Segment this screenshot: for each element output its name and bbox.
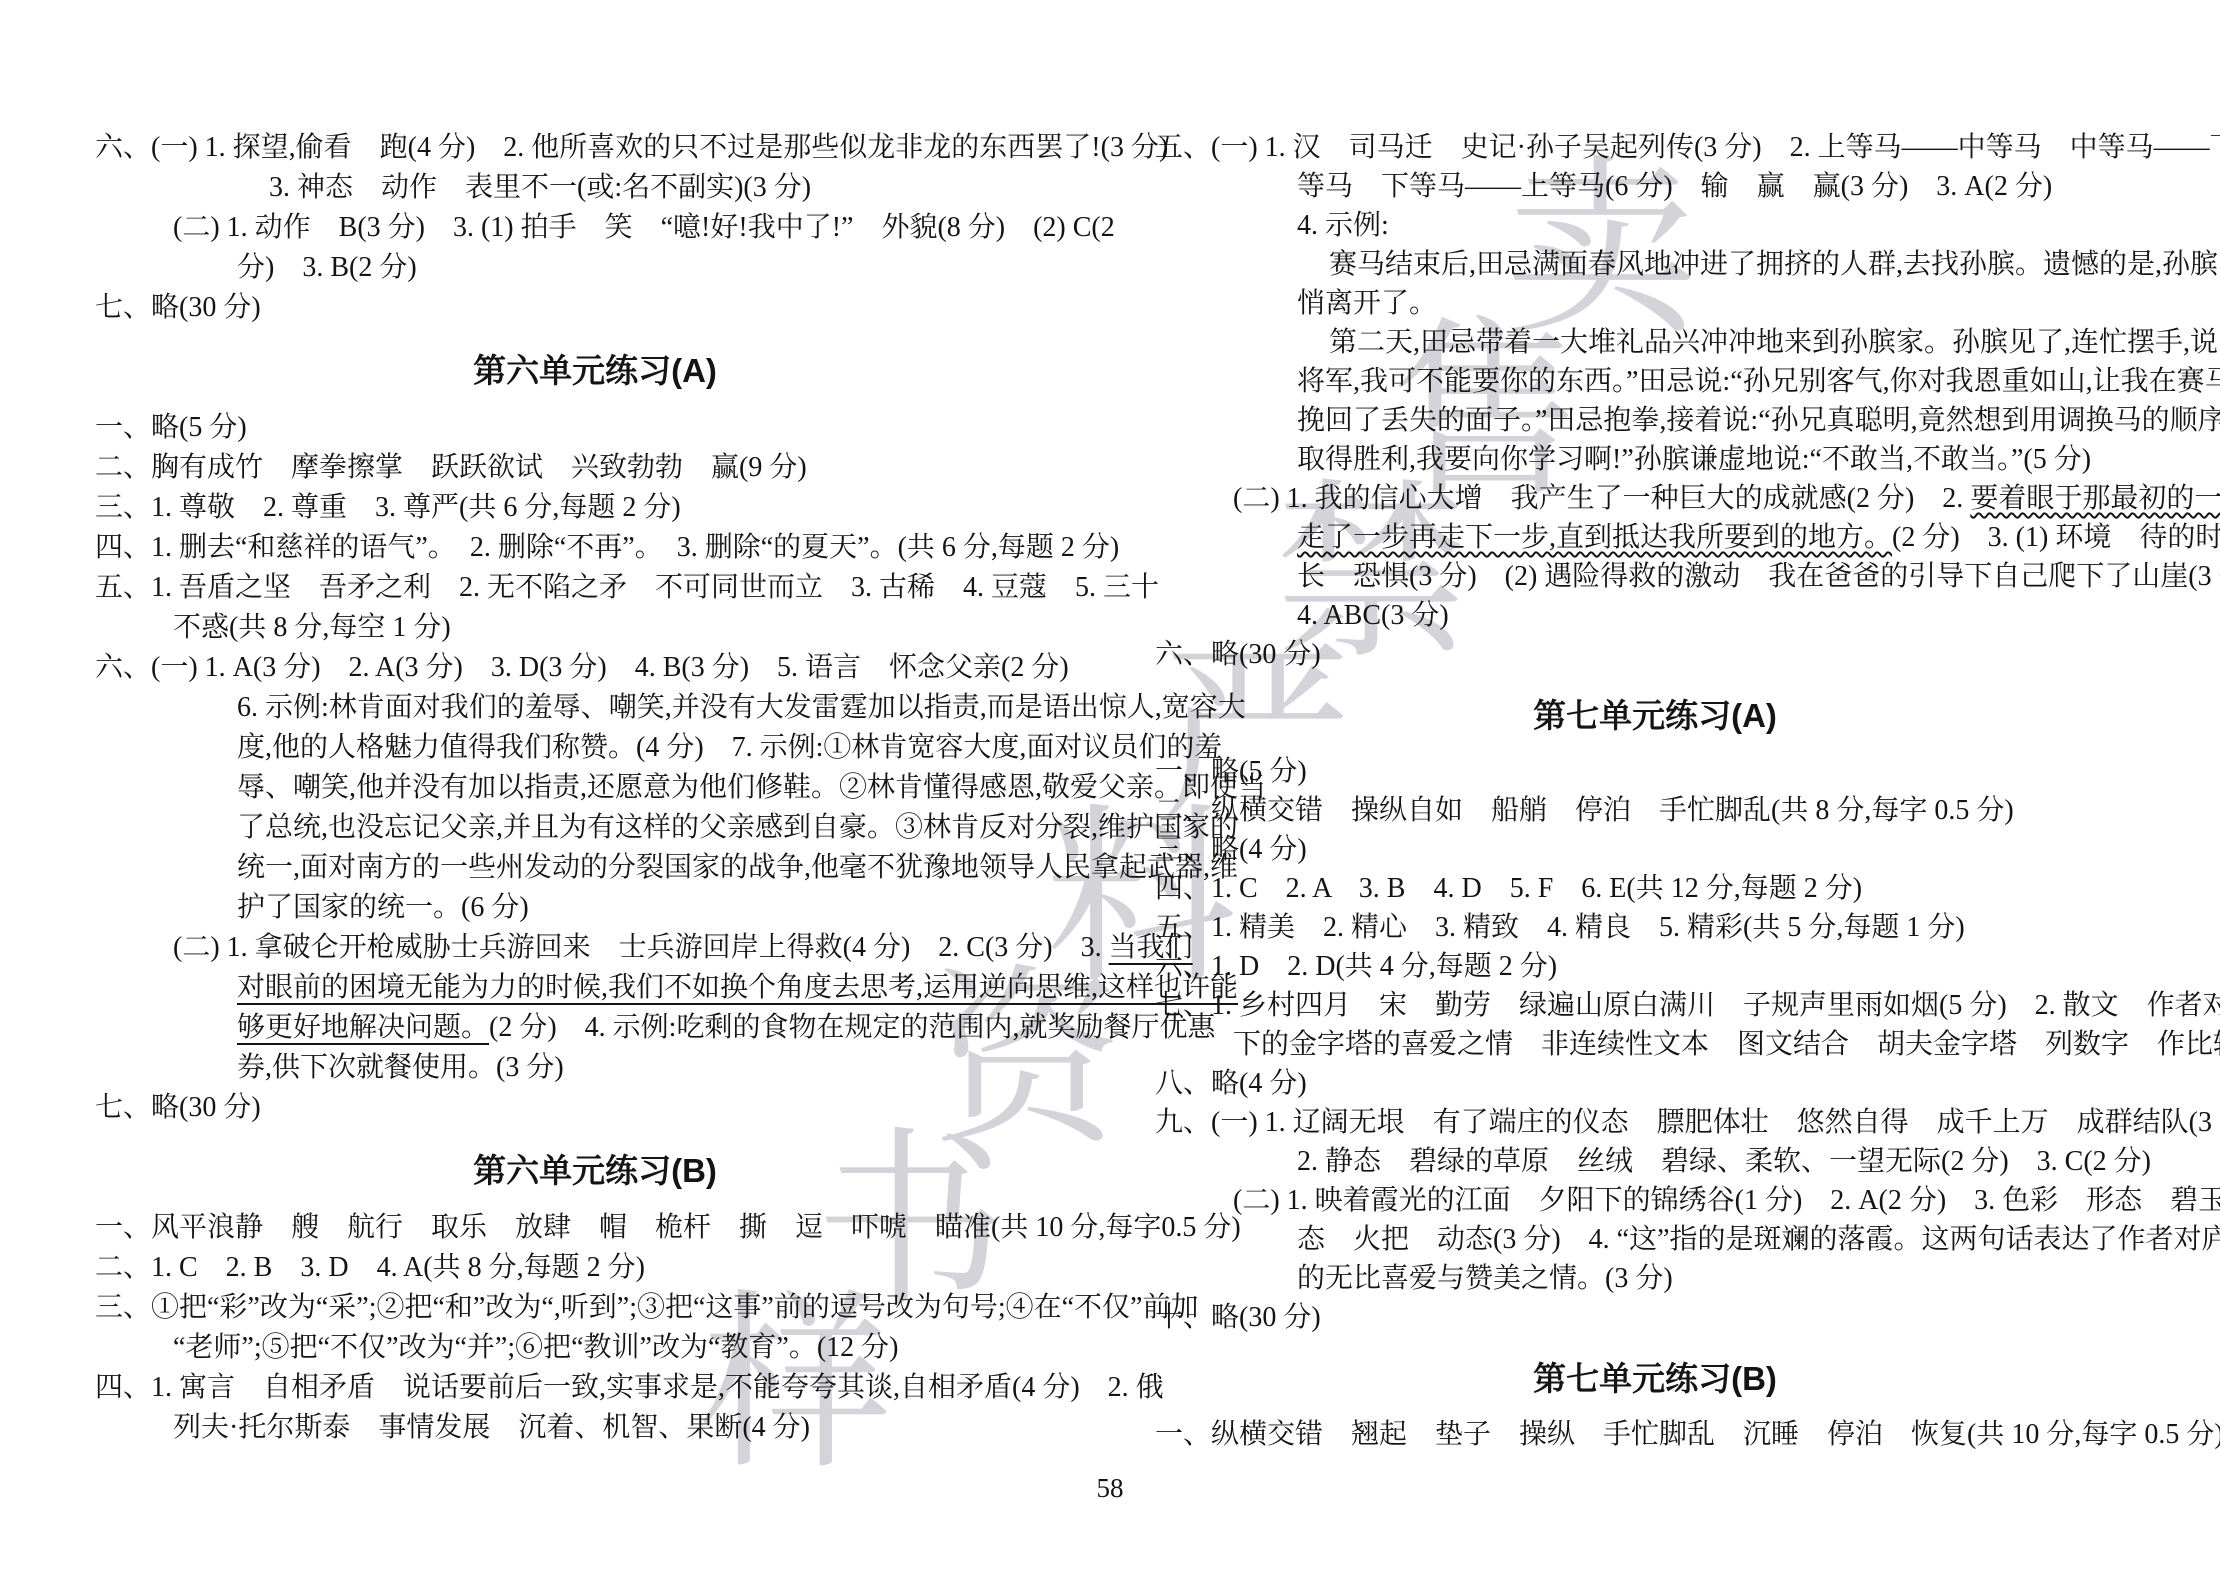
text-line: 等马 下等马——上等马(6 分) 输 赢 赢(3 分) 3. A(2 分) — [1155, 167, 2155, 206]
text-segment: (二) 1. 映着霞光的江面 夕阳下的锦绣谷(1 分) 2. A(2 分) 3.… — [1233, 1185, 2220, 1216]
wavy-underlined-text: 要着眼于那最初的一小步, — [1970, 483, 2220, 514]
text-line: “老师”;⑤把“不仅”改为“并”;⑥把“教训”改为“教育”。(12 分) — [95, 1328, 1095, 1368]
text-segment: 的无比喜爱与赞美之情。(3 分) — [1297, 1263, 1673, 1294]
text-line: 券,供下次就餐使用。(3 分) — [95, 1048, 1095, 1088]
text-segment: 度,他的人格魅力值得我们称赞。(4 分) 7. 示例:①林肯宽容大度,面对议员们… — [237, 732, 1222, 763]
text-line: 4. ABC(3 分) — [1155, 596, 2155, 635]
text-line: 的无比喜爱与赞美之情。(3 分) — [1155, 1259, 2155, 1298]
text-segment: 一、纵横交错 翘起 垫子 操纵 手忙脚乱 沉睡 停泊 恢复(共 10 分,每字 … — [1155, 1419, 2220, 1450]
text-line: 对眼前的困境无能为力的时候,我们不如换个角度去思考,运用逆向思维,这样也许能 — [95, 968, 1095, 1008]
text-segment: 悄离开了。 — [1297, 288, 1437, 319]
text-line: 了总统,也没忘记父亲,并且为有这样的父亲感到自豪。③林肯反对分裂,维护国家的 — [95, 808, 1095, 848]
text-line: 统一,面对南方的一些州发动的分裂国家的战争,他毫不犹豫地领导人民拿起武器,维 — [95, 848, 1095, 888]
text-segment: 八、略(4 分) — [1155, 1068, 1307, 1099]
text-segment: 态 火把 动态(3 分) 4. “这”指的是斑斓的落霞。这两句话表达了作者对庐山… — [1297, 1224, 2220, 1255]
text-segment: 下的金字塔的喜爱之情 非连续性文本 图文结合 胡夫金字塔 列数字 作比较(7 分… — [1233, 1029, 2220, 1060]
text-line: 九、(一) 1. 辽阔无垠 有了端庄的仪态 膘肥体壮 悠然自得 成千上万 成群结… — [1155, 1103, 2155, 1142]
text-line: 六、略(30 分) — [1155, 635, 2155, 674]
text-line: 走了一步再走下一步,直到抵达我所要到的地方。(2 分) 3. (1) 环境 待的… — [1155, 518, 2155, 557]
text-line: 将军,我可不能要你的东西。”田忌说:“孙兄别客气,你对我恩重如山,让我在赛马场上 — [1155, 362, 2155, 401]
page-number: 58 — [0, 1468, 2220, 1508]
text-segment: 六、略(30 分) — [1155, 639, 1321, 670]
text-segment: 七、略(30 分) — [95, 292, 261, 323]
text-segment: 九、(一) 1. 辽阔无垠 有了端庄的仪态 膘肥体壮 悠然自得 成千上万 成群结… — [1155, 1107, 2220, 1138]
text-line: (二) 1. 动作 B(3 分) 3. (1) 拍手 笑 “噫!好!我中了!” … — [95, 208, 1095, 248]
section-heading: 第六单元练习(B) — [95, 1128, 1095, 1208]
text-segment: 二、1. C 2. B 3. D 4. A(共 8 分,每题 2 分) — [95, 1252, 645, 1283]
text-segment: 3. 神态 动作 表里不一(或:名不副实)(3 分) — [269, 172, 811, 203]
text-line: 6. 示例:林肯面对我们的羞辱、嘲笑,并没有大发雷霆加以指责,而是语出惊人,宽容… — [95, 688, 1095, 728]
text-segment: 6. 示例:林肯面对我们的羞辱、嘲笑,并没有大发雷霆加以指责,而是语出惊人,宽容… — [237, 692, 1246, 723]
text-line: 四、1. 寓言 自相矛盾 说话要前后一致,实事求是,不能夸夸其谈,自相矛盾(4 … — [95, 1368, 1095, 1408]
text-line: 五、1. 吾盾之坚 吾矛之利 2. 无不陷之矛 不可同世而立 3. 古稀 4. … — [95, 568, 1095, 608]
text-line: 四、1. C 2. A 3. B 4. D 5. F 6. E(共 12 分,每… — [1155, 869, 2155, 908]
text-segment: 一、略(5 分) — [95, 412, 247, 443]
text-segment: 一、略(5 分) — [1155, 756, 1307, 787]
text-segment: 辱、嘲笑,他并没有加以指责,还愿意为他们修鞋。②林肯懂得感恩,敬爱父亲。即使当 — [237, 772, 1266, 803]
text-line: (二) 1. 我的信心大增 我产生了一种巨大的成就感(2 分) 2. 要着眼于那… — [1155, 479, 2155, 518]
text-segment: 七、略(30 分) — [95, 1092, 261, 1123]
text-line: 三、略(4 分) — [1155, 830, 2155, 869]
text-segment: “老师”;⑤把“不仅”改为“并”;⑥把“教训”改为“教育”。(12 分) — [173, 1332, 899, 1363]
text-line: 二、1. C 2. B 3. D 4. A(共 8 分,每题 2 分) — [95, 1248, 1095, 1288]
text-segment: 不惑(共 8 分,每空 1 分) — [173, 612, 451, 643]
left-column: 六、(一) 1. 探望,偷看 跑(4 分) 2. 他所喜欢的只不过是那些似龙非龙… — [95, 128, 1095, 1448]
text-segment: 五、1. 吾盾之坚 吾矛之利 2. 无不陷之矛 不可同世而立 3. 古稀 4. … — [95, 572, 1159, 603]
text-line: 列夫·托尔斯泰 事情发展 沉着、机智、果断(4 分) — [95, 1408, 1095, 1448]
text-segment: 将军,我可不能要你的东西。”田忌说:“孙兄别客气,你对我恩重如山,让我在赛马场上 — [1297, 366, 2220, 397]
text-line: 长 恐惧(3 分) (2) 遇险得救的激动 我在爸爸的引导下自己爬下了山崖(3 … — [1155, 557, 2155, 596]
text-line: 护了国家的统一。(6 分) — [95, 888, 1095, 928]
text-segment: 护了国家的统一。(6 分) — [237, 892, 529, 923]
underlined-text: 够更好地解决问题。 — [237, 1012, 489, 1043]
text-line: 不惑(共 8 分,每空 1 分) — [95, 608, 1095, 648]
text-line: 挽回了丢失的面子。”田忌抱拳,接着说:“孙兄真聪明,竟然想到用调换马的顺序的方法 — [1155, 401, 2155, 440]
text-segment: 七、1. 乡村四月 宋 勤劳 绿遍山原白满川 子规声里雨如烟(5 分) 2. 散… — [1155, 990, 2220, 1021]
text-segment: 六、(一) 1. 探望,偷看 跑(4 分) 2. 他所喜欢的只不过是那些似龙非龙… — [95, 132, 1168, 163]
text-segment: (二) 1. 我的信心大增 我产生了一种巨大的成就感(2 分) 2. — [1233, 483, 1970, 514]
text-line: 二、胸有成竹 摩拳擦掌 跃跃欲试 兴致勃勃 赢(9 分) — [95, 448, 1095, 488]
text-line: 六、1. D 2. D(共 4 分,每题 2 分) — [1155, 947, 2155, 986]
text-segment: (2 分) 4. 示例:吃剩的食物在规定的范围内,就奖励餐厅优惠 — [489, 1012, 1215, 1043]
text-line: 赛马结束后,田忌满面春风地冲进了拥挤的人群,去找孙膑。遗憾的是,孙膑已悄 — [1155, 245, 2155, 284]
right-column: 五、(一) 1. 汉 司马迁 史记·孙子吴起列传(3 分) 2. 上等马——中等… — [1155, 128, 2155, 1454]
text-line: 七、略(30 分) — [95, 1088, 1095, 1128]
text-segment: 等马 下等马——上等马(6 分) 输 赢 赢(3 分) 3. A(2 分) — [1297, 171, 2052, 202]
text-segment: 一、风平浪静 艘 航行 取乐 放肆 帽 桅杆 撕 逗 吓唬 瞄准(共 10 分,… — [95, 1212, 1241, 1243]
text-segment: 4. ABC(3 分) — [1297, 600, 1449, 631]
text-segment: 取得胜利,我要向你学习啊!”孙膑谦虚地说:“不敢当,不敢当。”(5 分) — [1297, 444, 2091, 475]
text-line: 一、纵横交错 翘起 垫子 操纵 手忙脚乱 沉睡 停泊 恢复(共 10 分,每字 … — [1155, 1415, 2155, 1454]
section-heading: 第六单元练习(A) — [95, 328, 1095, 408]
text-segment: 四、1. C 2. A 3. B 4. D 5. F 6. E(共 12 分,每… — [1155, 873, 1862, 904]
answer-key-page: 样书资料严禁售卖 六、(一) 1. 探望,偷看 跑(4 分) 2. 他所喜欢的只… — [0, 0, 2220, 1571]
text-line: 二、纵横交错 操纵自如 船艄 停泊 手忙脚乱(共 8 分,每字 0.5 分) — [1155, 791, 2155, 830]
text-line: 六、(一) 1. A(3 分) 2. A(3 分) 3. D(3 分) 4. B… — [95, 648, 1095, 688]
text-line: 态 火把 动态(3 分) 4. “这”指的是斑斓的落霞。这两句话表达了作者对庐山… — [1155, 1220, 2155, 1259]
text-segment: (2 分) 3. (1) 环境 待的时间之 — [1892, 522, 2220, 553]
text-segment: 二、胸有成竹 摩拳擦掌 跃跃欲试 兴致勃勃 赢(9 分) — [95, 452, 807, 483]
text-line: 三、①把“彩”改为“采”;②把“和”改为“,听到”;③把“这事”前的逗号改为句号… — [95, 1288, 1095, 1328]
text-segment: 五、(一) 1. 汉 司马迁 史记·孙子吴起列传(3 分) 2. 上等马——中等… — [1155, 132, 2220, 163]
text-line: 悄离开了。 — [1155, 284, 2155, 323]
text-line: (二) 1. 映着霞光的江面 夕阳下的锦绣谷(1 分) 2. A(2 分) 3.… — [1155, 1181, 2155, 1220]
text-segment: (二) 1. 动作 B(3 分) 3. (1) 拍手 笑 “噫!好!我中了!” … — [173, 212, 1115, 243]
text-line: 五、1. 精美 2. 精心 3. 精致 4. 精良 5. 精彩(共 5 分,每题… — [1155, 908, 2155, 947]
text-segment: (二) 1. 拿破仑开枪威胁士兵游回来 士兵游回岸上得救(4 分) 2. C(3… — [173, 932, 1109, 963]
text-segment: 二、纵横交错 操纵自如 船艄 停泊 手忙脚乱(共 8 分,每字 0.5 分) — [1155, 795, 2014, 826]
text-line: 取得胜利,我要向你学习啊!”孙膑谦虚地说:“不敢当,不敢当。”(5 分) — [1155, 440, 2155, 479]
text-line: 第二天,田忌带着一大堆礼品兴冲冲地来到孙膑家。孙膑见了,连忙摆手,说:“田 — [1155, 323, 2155, 362]
text-line: 3. 神态 动作 表里不一(或:名不副实)(3 分) — [95, 168, 1095, 208]
text-line: 八、略(4 分) — [1155, 1064, 2155, 1103]
text-segment: 第二天,田忌带着一大堆礼品兴冲冲地来到孙膑家。孙膑见了,连忙摆手,说:“田 — [1329, 327, 2220, 358]
underlined-text: 对眼前的困境无能为力的时候,我们不如换个角度去思考,运用逆向思维,这样也许能 — [237, 972, 1238, 1003]
wavy-underlined-text: 走了一步再走下一步,直到抵达我所要到的地方。 — [1297, 522, 1892, 553]
text-line: 2. 静态 碧绿的草原 丝绒 碧绿、柔软、一望无际(2 分) 3. C(2 分) — [1155, 1142, 2155, 1181]
text-segment: 赛马结束后,田忌满面春风地冲进了拥挤的人群,去找孙膑。遗憾的是,孙膑已悄 — [1329, 249, 2220, 280]
text-line: 下的金字塔的喜爱之情 非连续性文本 图文结合 胡夫金字塔 列数字 作比较(7 分… — [1155, 1025, 2155, 1064]
text-segment: 四、1. 寓言 自相矛盾 说话要前后一致,实事求是,不能夸夸其谈,自相矛盾(4 … — [95, 1372, 1164, 1403]
text-line: (二) 1. 拿破仑开枪威胁士兵游回来 士兵游回岸上得救(4 分) 2. C(3… — [95, 928, 1095, 968]
text-line: 一、略(5 分) — [1155, 752, 2155, 791]
section-heading: 第七单元练习(A) — [1155, 674, 2155, 752]
text-segment: 三、①把“彩”改为“采”;②把“和”改为“,听到”;③把“这事”前的逗号改为句号… — [95, 1292, 1198, 1323]
text-line: 五、(一) 1. 汉 司马迁 史记·孙子吴起列传(3 分) 2. 上等马——中等… — [1155, 128, 2155, 167]
text-segment: 4. 示例: — [1297, 210, 1389, 241]
text-segment: 六、(一) 1. A(3 分) 2. A(3 分) 3. D(3 分) 4. B… — [95, 652, 1069, 683]
text-segment: 挽回了丢失的面子。”田忌抱拳,接着说:“孙兄真聪明,竟然想到用调换马的顺序的方法 — [1297, 405, 2220, 436]
text-segment: 五、1. 精美 2. 精心 3. 精致 4. 精良 5. 精彩(共 5 分,每题… — [1155, 912, 1965, 943]
text-line: 辱、嘲笑,他并没有加以指责,还愿意为他们修鞋。②林肯懂得感恩,敬爱父亲。即使当 — [95, 768, 1095, 808]
text-line: 度,他的人格魅力值得我们称赞。(4 分) 7. 示例:①林肯宽容大度,面对议员们… — [95, 728, 1095, 768]
text-segment: 分) 3. B(2 分) — [237, 252, 417, 283]
text-line: 4. 示例: — [1155, 206, 2155, 245]
text-segment: 三、1. 尊敬 2. 尊重 3. 尊严(共 6 分,每题 2 分) — [95, 492, 681, 523]
text-segment: 券,供下次就餐使用。(3 分) — [237, 1052, 564, 1083]
text-segment: 六、1. D 2. D(共 4 分,每题 2 分) — [1155, 951, 1557, 982]
text-segment: 十、略(30 分) — [1155, 1302, 1321, 1333]
text-line: 七、1. 乡村四月 宋 勤劳 绿遍山原白满川 子规声里雨如烟(5 分) 2. 散… — [1155, 986, 2155, 1025]
text-segment: 2. 静态 碧绿的草原 丝绒 碧绿、柔软、一望无际(2 分) 3. C(2 分) — [1297, 1146, 2151, 1177]
text-line: 分) 3. B(2 分) — [95, 248, 1095, 288]
text-segment: 四、1. 删去“和慈祥的语气”。 2. 删除“不再”。 3. 删除“的夏天”。(… — [95, 532, 1119, 563]
text-line: 一、略(5 分) — [95, 408, 1095, 448]
text-segment: 列夫·托尔斯泰 事情发展 沉着、机智、果断(4 分) — [173, 1412, 810, 1443]
text-segment: 长 恐惧(3 分) (2) 遇险得救的激动 我在爸爸的引导下自己爬下了山崖(3 … — [1297, 561, 2220, 592]
text-line: 四、1. 删去“和慈祥的语气”。 2. 删除“不再”。 3. 删除“的夏天”。(… — [95, 528, 1095, 568]
text-line: 十、略(30 分) — [1155, 1298, 2155, 1337]
text-segment: 统一,面对南方的一些州发动的分裂国家的战争,他毫不犹豫地领导人民拿起武器,维 — [237, 852, 1238, 883]
text-line: 三、1. 尊敬 2. 尊重 3. 尊严(共 6 分,每题 2 分) — [95, 488, 1095, 528]
text-line: 一、风平浪静 艘 航行 取乐 放肆 帽 桅杆 撕 逗 吓唬 瞄准(共 10 分,… — [95, 1208, 1095, 1248]
text-segment: 了总统,也没忘记父亲,并且为有这样的父亲感到自豪。③林肯反对分裂,维护国家的 — [237, 812, 1238, 843]
text-line: 六、(一) 1. 探望,偷看 跑(4 分) 2. 他所喜欢的只不过是那些似龙非龙… — [95, 128, 1095, 168]
text-line: 够更好地解决问题。(2 分) 4. 示例:吃剩的食物在规定的范围内,就奖励餐厅优… — [95, 1008, 1095, 1048]
section-heading: 第七单元练习(B) — [1155, 1337, 2155, 1415]
text-segment: 三、略(4 分) — [1155, 834, 1307, 865]
text-line: 七、略(30 分) — [95, 288, 1095, 328]
